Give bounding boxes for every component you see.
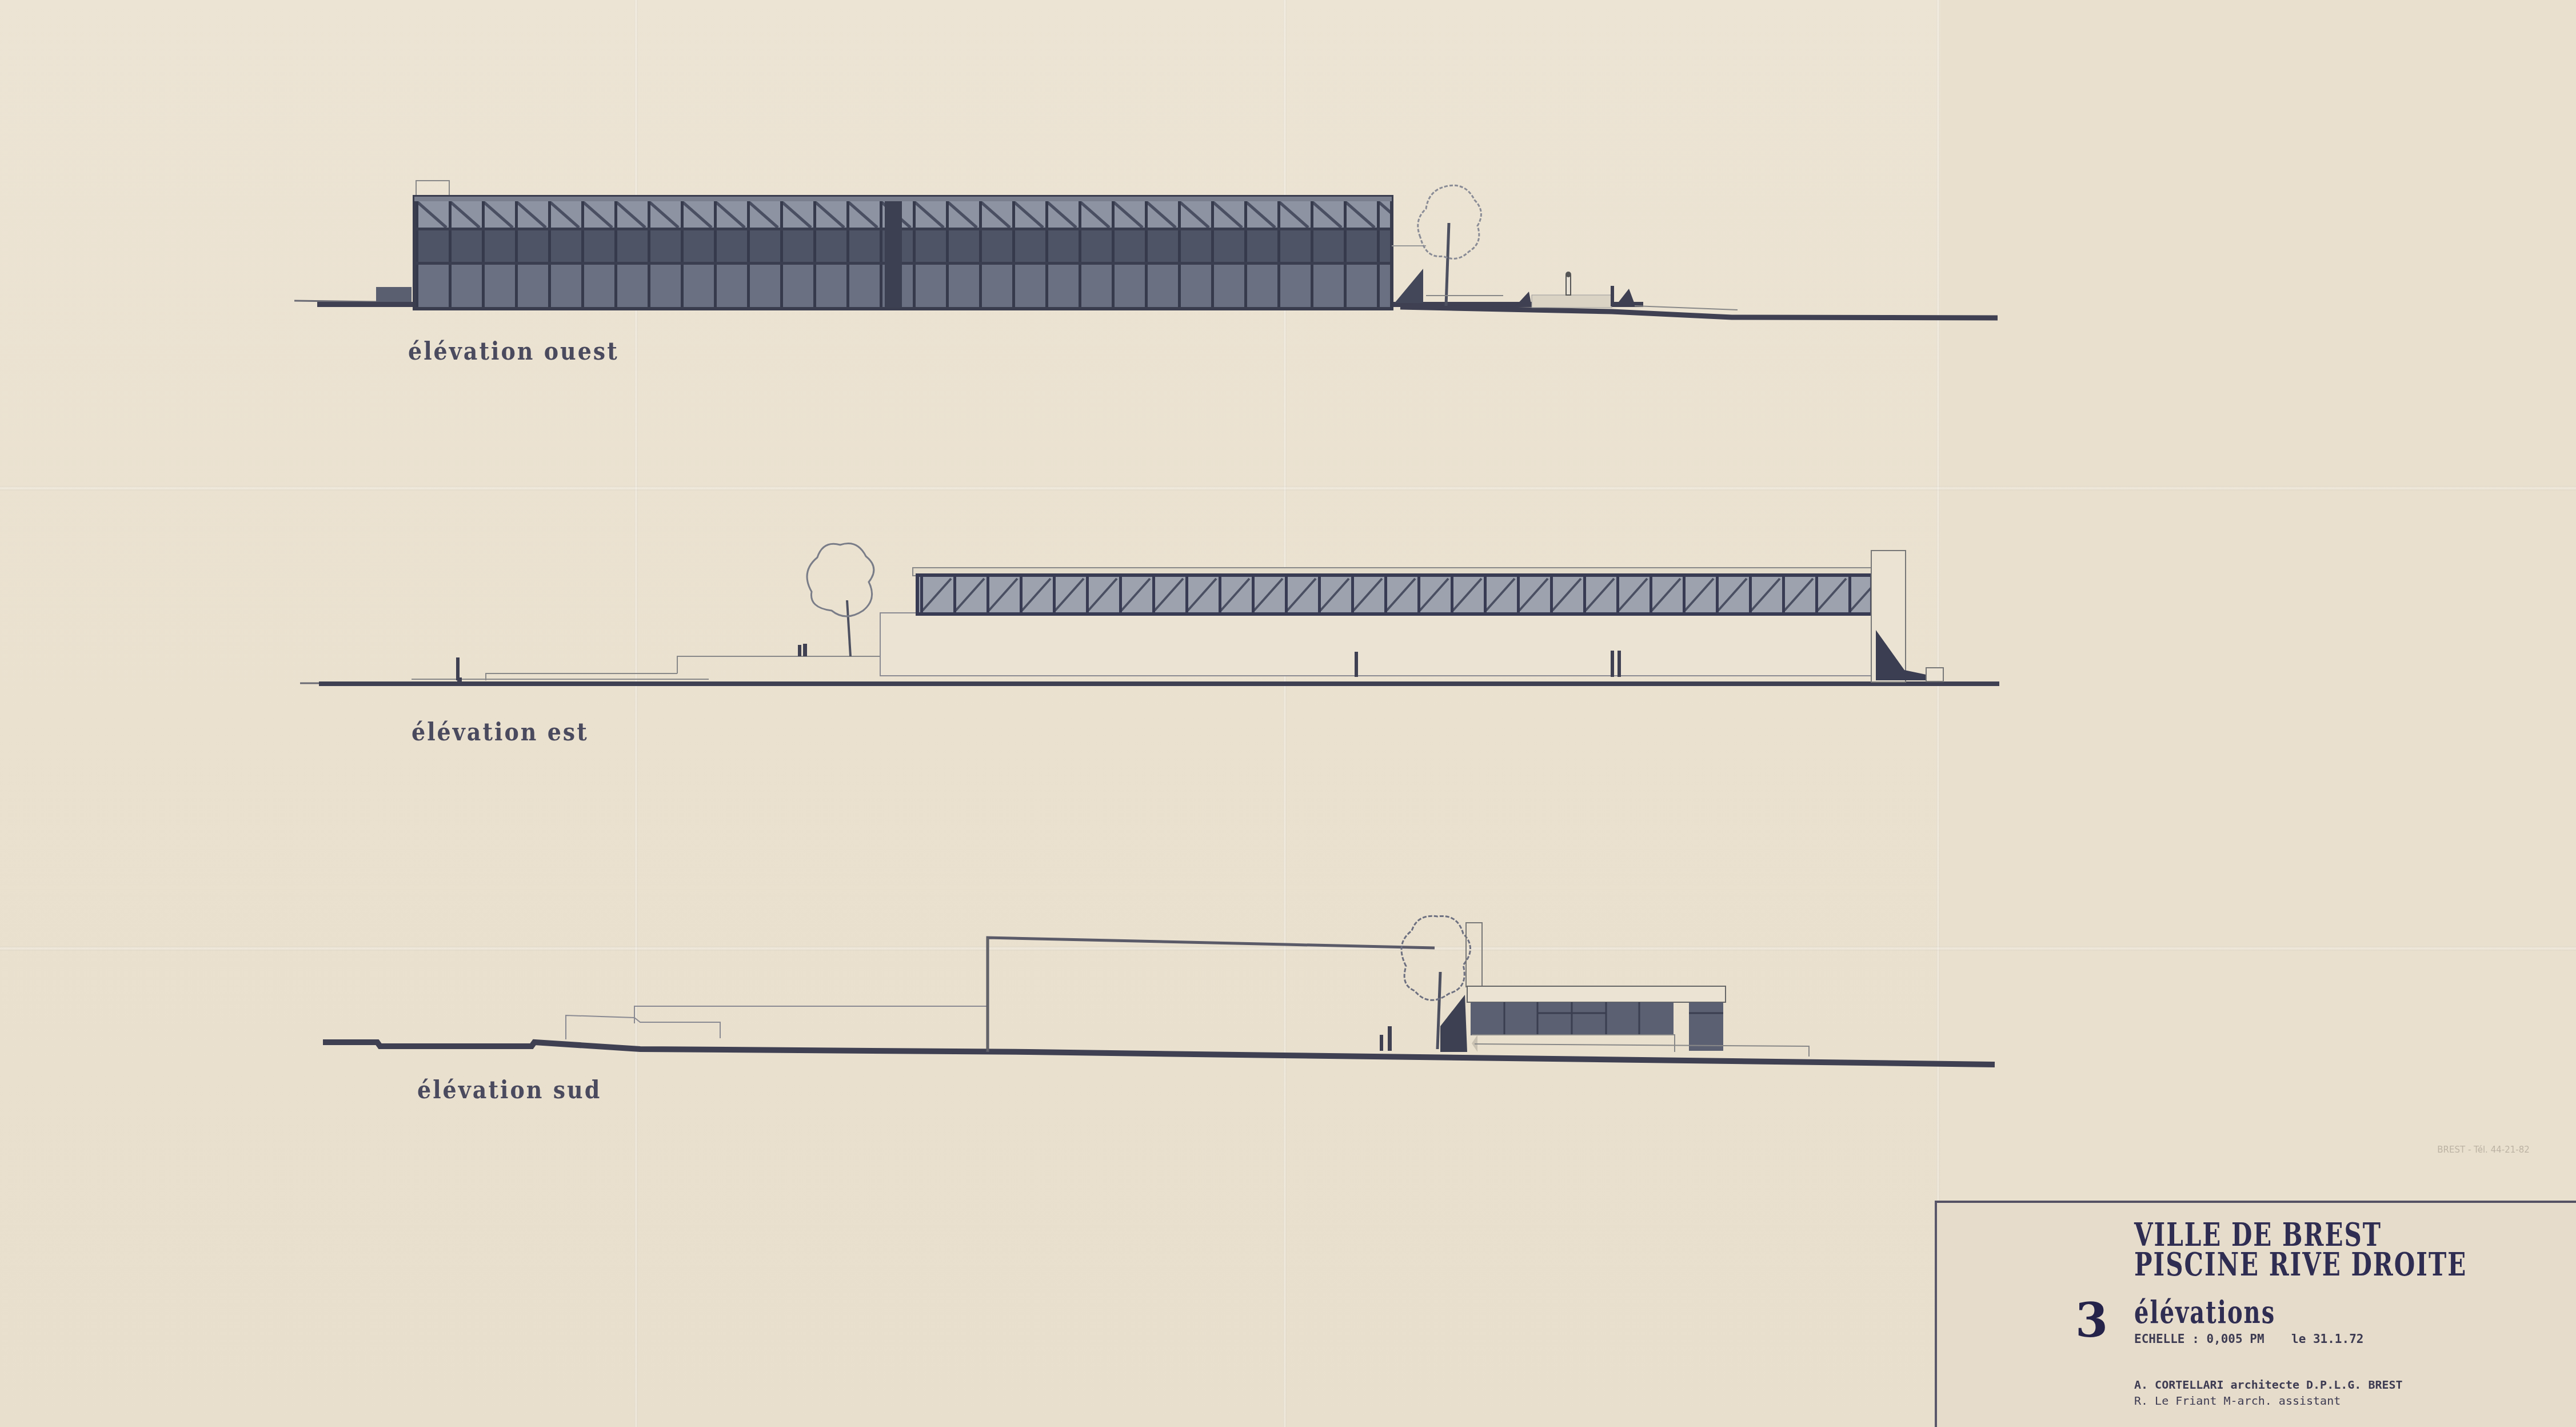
sheet-title: élévations	[2134, 1294, 2275, 1330]
elevation-ouest-drawing	[294, 181, 1998, 318]
stamp-phone-line: BREST - Tél. 44-21-82	[2415, 1145, 2552, 1155]
elevation-est-drawing	[300, 544, 1999, 687]
title-line-2: PISCINE RIVE DROITE	[2134, 1245, 2467, 1283]
elevation-est-label: élévation est	[412, 717, 589, 747]
elevation-sud-label: élévation sud	[417, 1075, 601, 1105]
scale-text: ECHELLE : 0,005 PM	[2134, 1332, 2265, 1346]
elevation-ouest-label: élévation ouest	[408, 336, 619, 366]
assistant-credit: R. Le Friant M-arch. assistant	[2134, 1394, 2341, 1408]
date-text: le 31.1.72	[2291, 1332, 2363, 1346]
sheet-number: 3	[2075, 1293, 2108, 1348]
architect-stamp: BREST - Tél. 44-21-82	[2415, 1112, 2552, 1155]
elevation-sud-drawing	[323, 916, 1995, 1065]
title-block: VILLE DE BREST PISCINE RIVE DROITE 3 élé…	[1935, 1201, 2576, 1427]
architect-credit: A. CORTELLARI architecte D.P.L.G. BREST	[2134, 1378, 2403, 1392]
